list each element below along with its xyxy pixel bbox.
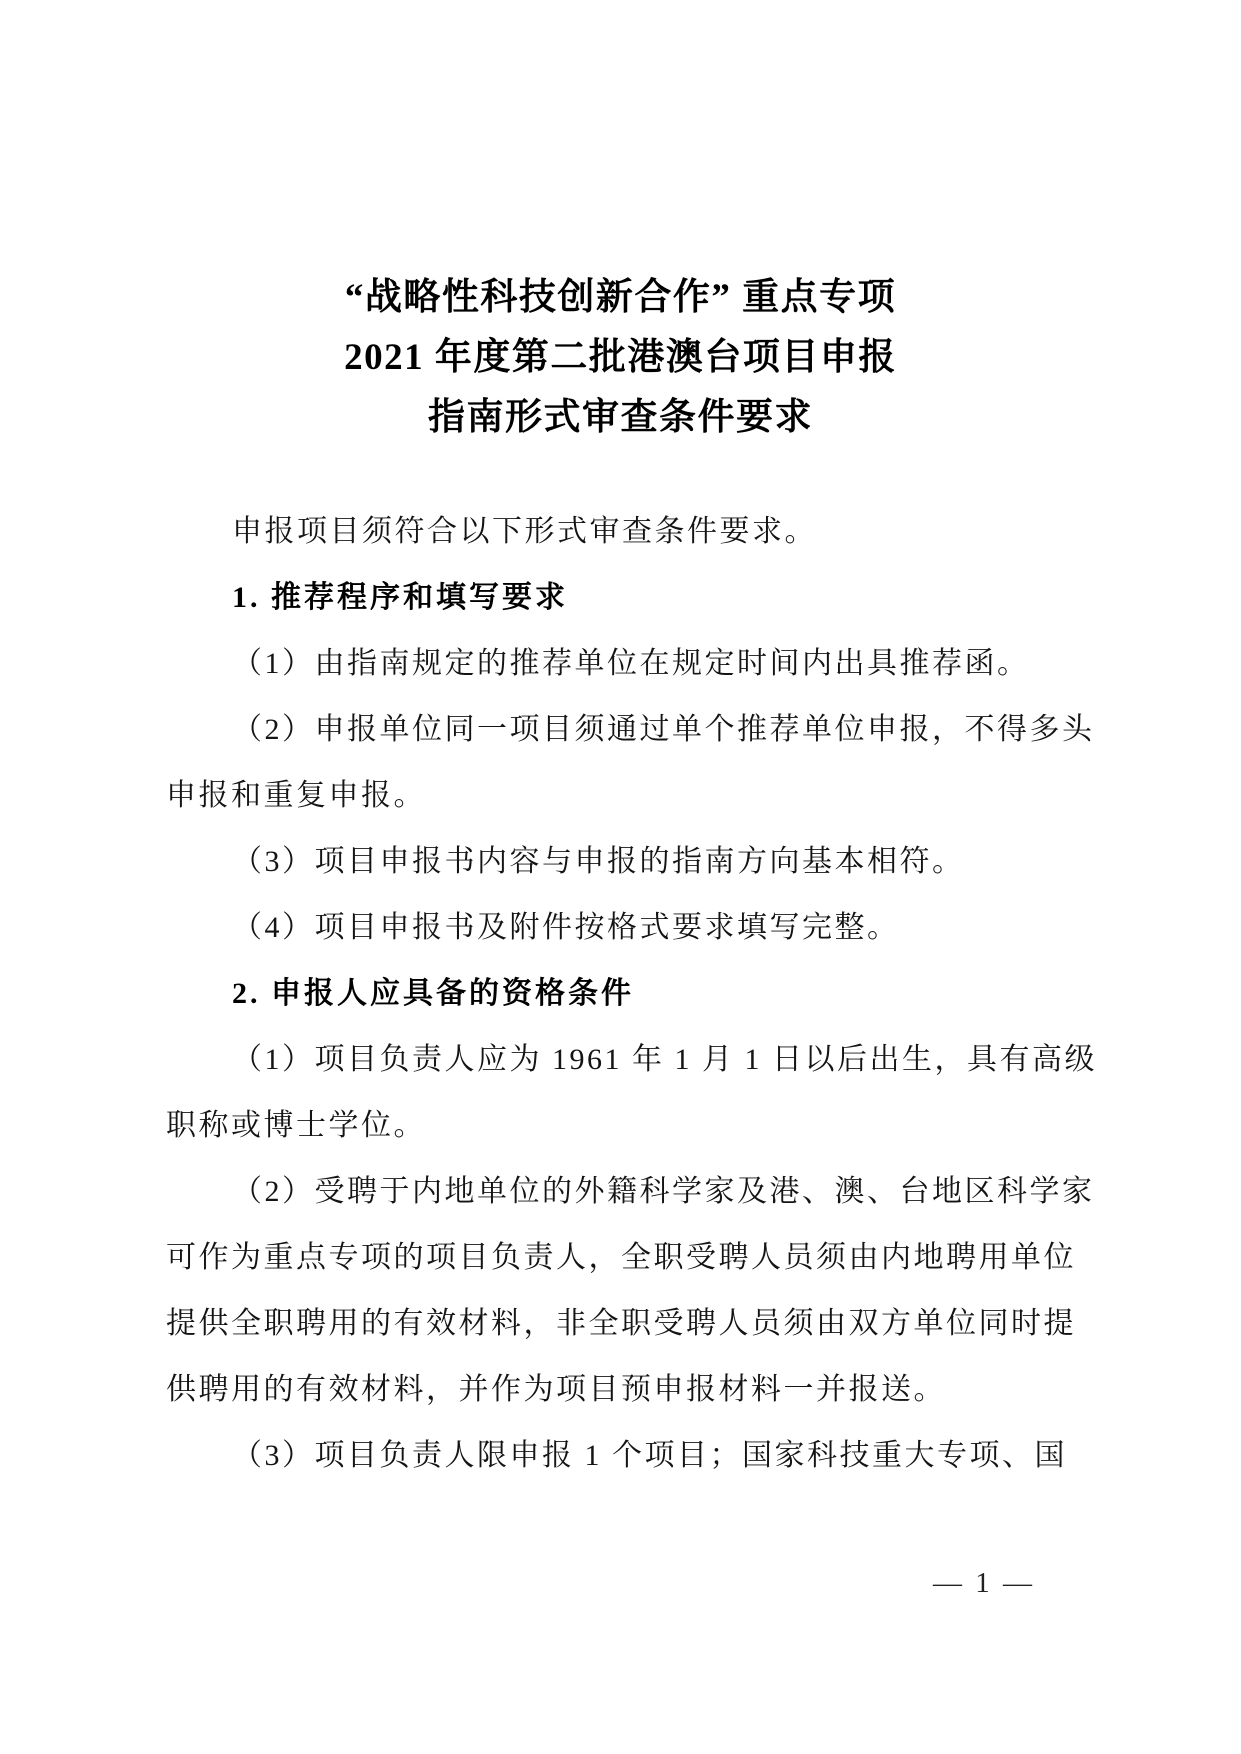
paragraph-line: （2）申报单位同一项目须通过单个推荐单位申报，不得多头 bbox=[166, 697, 1075, 763]
section1-item-3: （3）项目申报书内容与申报的指南方向基本相符。 bbox=[166, 829, 1075, 895]
document-body: 申报项目须符合以下形式审查条件要求。 1. 推荐程序和填写要求 （1）由指南规定… bbox=[166, 499, 1075, 1489]
section1-item-4: （4）项目申报书及附件按格式要求填写完整。 bbox=[166, 895, 1075, 961]
section1-item-2: （2）申报单位同一项目须通过单个推荐单位申报，不得多头 申报和重复申报。 bbox=[166, 697, 1075, 829]
document-page: “战略性科技创新合作” 重点专项 2021 年度第二批港澳台项目申报 指南形式审… bbox=[0, 0, 1241, 1754]
page-footer: — 1 — bbox=[933, 1566, 1035, 1600]
section-heading-1: 1. 推荐程序和填写要求 bbox=[166, 565, 1075, 631]
paragraph-line: 供聘用的有效材料，并作为项目预申报材料一并报送。 bbox=[166, 1357, 1075, 1423]
section2-item-3: （3）项目负责人限申报 1 个项目；国家科技重大专项、国 bbox=[166, 1423, 1075, 1489]
heading-line: 1. 推荐程序和填写要求 bbox=[166, 565, 1075, 631]
title-line-2: 2021 年度第二批港澳台项目申报 bbox=[166, 328, 1075, 388]
section1-item-1: （1）由指南规定的推荐单位在规定时间内出具推荐函。 bbox=[166, 631, 1075, 697]
paragraph-line: （1）项目负责人应为 1961 年 1 月 1 日以后出生，具有高级 bbox=[166, 1027, 1075, 1093]
heading-line: 2. 申报人应具备的资格条件 bbox=[166, 961, 1075, 1027]
paragraph-line: 可作为重点专项的项目负责人，全职受聘人员须由内地聘用单位 bbox=[166, 1225, 1075, 1291]
paragraph-line: 职称或博士学位。 bbox=[166, 1093, 1075, 1159]
section-heading-2: 2. 申报人应具备的资格条件 bbox=[166, 961, 1075, 1027]
section2-item-1: （1）项目负责人应为 1961 年 1 月 1 日以后出生，具有高级 职称或博士… bbox=[166, 1027, 1075, 1159]
paragraph-line: 申报和重复申报。 bbox=[166, 763, 1075, 829]
paragraph-line: （3）项目申报书内容与申报的指南方向基本相符。 bbox=[166, 829, 1075, 895]
intro-paragraph: 申报项目须符合以下形式审查条件要求。 bbox=[166, 499, 1075, 565]
page-number: — 1 — bbox=[933, 1567, 1035, 1599]
paragraph-line: （3）项目负责人限申报 1 个项目；国家科技重大专项、国 bbox=[166, 1423, 1075, 1489]
paragraph-line: 申报项目须符合以下形式审查条件要求。 bbox=[166, 499, 1075, 565]
title-line-1: “战略性科技创新合作” 重点专项 bbox=[166, 268, 1075, 328]
section2-item-2: （2）受聘于内地单位的外籍科学家及港、澳、台地区科学家 可作为重点专项的项目负责… bbox=[166, 1159, 1075, 1423]
title-line-3: 指南形式审查条件要求 bbox=[166, 388, 1075, 448]
paragraph-line: （4）项目申报书及附件按格式要求填写完整。 bbox=[166, 895, 1075, 961]
paragraph-line: （2）受聘于内地单位的外籍科学家及港、澳、台地区科学家 bbox=[166, 1159, 1075, 1225]
paragraph-line: 提供全职聘用的有效材料，非全职受聘人员须由双方单位同时提 bbox=[166, 1291, 1075, 1357]
document-title: “战略性科技创新合作” 重点专项 2021 年度第二批港澳台项目申报 指南形式审… bbox=[166, 268, 1075, 448]
paragraph-line: （1）由指南规定的推荐单位在规定时间内出具推荐函。 bbox=[166, 631, 1075, 697]
